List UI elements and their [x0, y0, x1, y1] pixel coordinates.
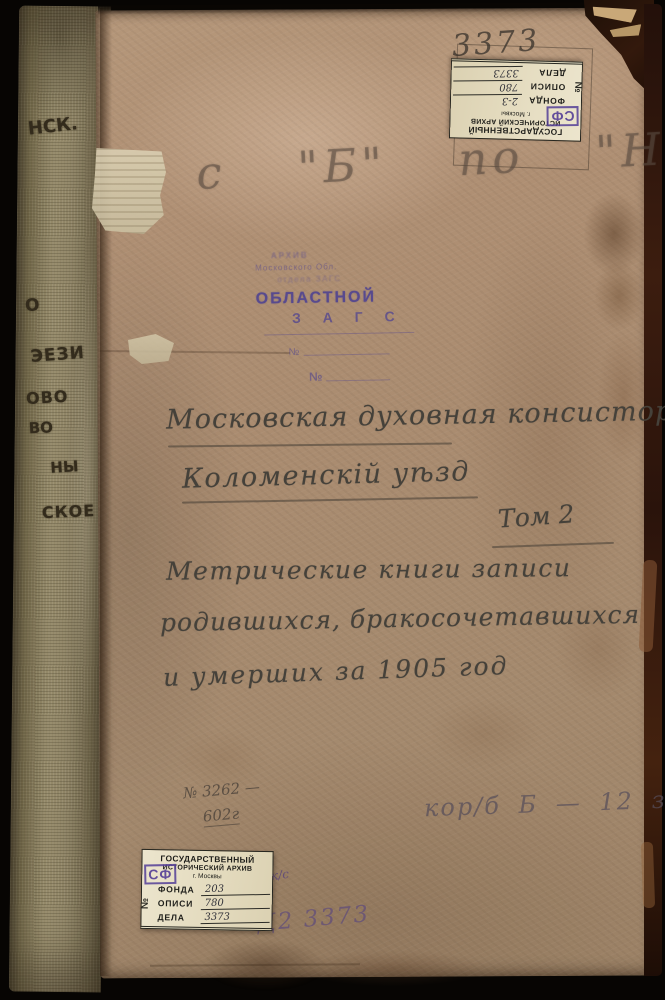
spine-text-fragment: НСК. [27, 113, 79, 139]
spine-text-fragment: СКОЕ [41, 501, 95, 522]
blank-line [327, 379, 391, 381]
label-field-row: ФОНДА 2-3 [453, 93, 565, 107]
number-sign: № [572, 81, 583, 92]
archive-label: ГОСУДАРСТВЕННЫЙ ИСТОРИЧЕСКИЙ АРХИВ г. Мо… [140, 849, 273, 931]
sf-stamp: СФ [144, 864, 176, 885]
field-label: ДЕЛА [157, 912, 197, 923]
photo-of-archive-book-cover: НСК. О ЭЕЗИ ОВО ВО НЫ СКОЕ 3373 с "Б" по… [0, 0, 665, 1000]
field-label: ОПИСИ [158, 898, 198, 909]
label-field-row: ДЕЛА 3373 [454, 65, 566, 79]
archive-label-top-upside-down: ГОСУДАРСТВЕННЫЙ ИСТОРИЧЕСКИЙ АРХИВ г. Мо… [451, 58, 583, 141]
zags-faded-line: АРХИВ [271, 248, 449, 260]
stain [594, 260, 644, 332]
zags-acronym: З А Г С [292, 307, 450, 326]
field-label: ФОНДА [158, 884, 198, 895]
field-label: ДЕЛА [526, 67, 566, 78]
blank-line [303, 353, 389, 356]
label-fields: ФОНДА 2-3 ОПИСИ 780 ДЕЛА 3373 [453, 65, 566, 107]
spine-text-fragment: ЭЕЗИ [30, 343, 86, 367]
zags-number-line: № [309, 367, 451, 383]
field-label: ОПИСИ [525, 81, 565, 92]
label-fields: ФОНДА 203 ОПИСИ 780 ДЕЛА 3373 [157, 883, 270, 924]
spine-text-fragment: О [24, 295, 40, 316]
archive-label: ГОСУДАРСТВЕННЫЙ ИСТОРИЧЕСКИЙ АРХИВ г. Мо… [449, 58, 583, 141]
label-field-row: ОПИСИ 780 [453, 79, 565, 93]
tape-remnant [92, 148, 166, 234]
number-sign: № [309, 369, 323, 383]
zags-main-line: ОБЛАСТНОЙ [256, 287, 450, 308]
field-value: 780 [201, 898, 270, 910]
volume-note: Том 2 [497, 499, 575, 533]
zags-faded-line: отдела ЗАГС [277, 272, 449, 284]
field-label: ФОНДА [525, 95, 565, 106]
sf-stamp: СФ [546, 106, 578, 126]
edge-wear-patch [641, 842, 655, 908]
number-sign: № [289, 347, 300, 358]
pencil-inventory-number-2: 602г [202, 804, 240, 827]
spine-text-fragment: НЫ [50, 457, 79, 477]
zags-rule-line [264, 332, 414, 336]
archive-label-bottom: ГОСУДАРСТВЕННЫЙ ИСТОРИЧЕСКИЙ АРХИВ г. Мо… [140, 849, 271, 931]
field-value: 2-3 [453, 94, 522, 106]
field-value: 3373 [454, 66, 523, 78]
label-field-row: ФОНДА 203 [158, 883, 270, 896]
field-value: 780 [453, 80, 522, 92]
spine-text-fragment: ВО [28, 418, 53, 437]
zags-stamp: АРХИВ Московского Обл. отдела ЗАГС ОБЛАС… [249, 248, 451, 384]
label-field-row: ОПИСИ 780 [158, 897, 270, 910]
stain [300, 950, 484, 986]
field-value: 203 [201, 884, 270, 896]
number-sign: № [140, 898, 151, 909]
field-value: 3373 [200, 912, 269, 924]
stain [428, 698, 540, 770]
zags-faded-line: Московского Обл. [255, 260, 449, 272]
title-body-line1: Метрические книги записи [166, 553, 572, 586]
spine-text-fragment: ОВО [26, 387, 69, 408]
zags-number-line: № [289, 344, 451, 358]
label-org-line1: ГОСУДАРСТВЕННЫЙ [452, 124, 578, 137]
label-field-row: ДЕЛА 3373 [157, 911, 269, 924]
